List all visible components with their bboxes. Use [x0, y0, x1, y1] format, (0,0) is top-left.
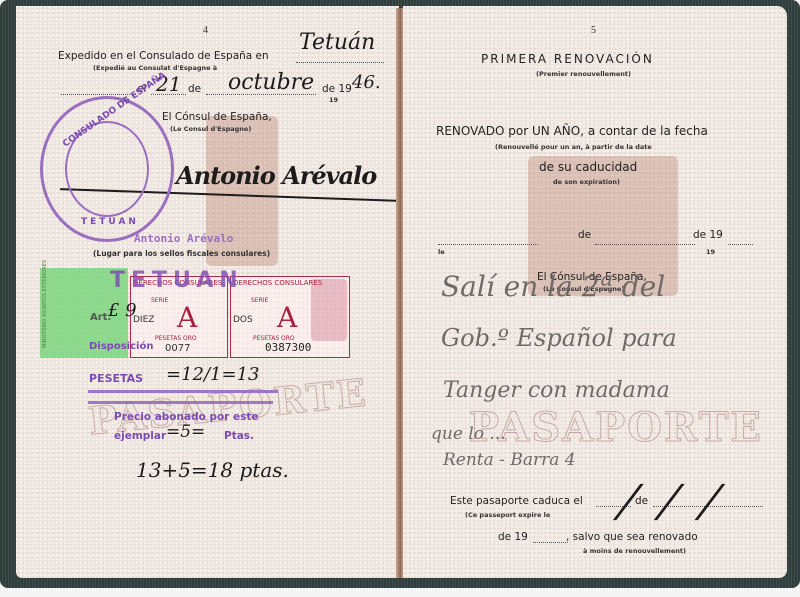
stamp-coat-of-arms: [311, 279, 347, 341]
expires-label-fr: (Ce passeport expire le: [465, 511, 550, 519]
unless-renewed-fr: à moins de renouvellement): [583, 547, 686, 555]
renewal-date-de: de: [578, 229, 591, 241]
pencil-note-line-5: Renta - Barra 4: [443, 450, 576, 470]
pesetas-amount: =12/1=13: [166, 364, 260, 385]
page-number: 4: [203, 25, 208, 36]
consul-name-stamp: Antonio Arévalo: [134, 232, 233, 245]
issued-label: Expedido en el Consulado de España en: [58, 50, 269, 62]
date-de: de: [188, 83, 201, 95]
stamp-disposicion: Disposición: [89, 341, 153, 352]
consul-label-fr: (Le Consul d'Espagne): [170, 125, 251, 133]
expires-label: Este pasaporte caduca el: [450, 495, 583, 507]
expiry-line-fr: de son expiration): [553, 178, 620, 186]
expires-year: de 19: [498, 531, 528, 543]
unless-renewed: , salvo que sea renovado: [566, 531, 698, 543]
total-handwritten: 13+5=18 ptas.: [136, 458, 289, 482]
fiscal-stamps-label: (Lugar para los sellos fiscales consular…: [93, 249, 270, 258]
renewed-line: RENOVADO por UN AÑO, a contar de la fech…: [436, 124, 708, 138]
renewed-line-fr: (Renouvellé pour un an, à partir de la d…: [495, 143, 652, 151]
issued-label-fr: (Expedié au Consulat d'Espagne à: [93, 64, 217, 72]
page-number: 5: [591, 25, 596, 36]
date-year: 46.: [352, 72, 381, 93]
pencil-note-line-3: Tanger con madama: [443, 378, 670, 403]
renewal-date-le: le: [438, 248, 445, 256]
price-value: =5=: [166, 422, 205, 442]
pesetas-label: PESETAS: [89, 372, 143, 385]
seal-text-bottom: TETUAN: [81, 217, 139, 227]
tetuan-overprint: TETUAN: [110, 268, 244, 293]
pasaporte-watermark: PASAPORTE: [469, 404, 763, 451]
price-suffix: Ptas.: [224, 430, 254, 442]
renewal-title: PRIMERA RENOVACIÓN: [481, 52, 654, 66]
purple-underline-2: [88, 401, 273, 404]
passport-page-5: PASAPORTE 5 PRIMERA RENOVACIÓN (Premier …: [403, 6, 787, 578]
pencil-note-line-2: Gob.º Español para: [441, 324, 677, 352]
renewal-date-year: de 19: [693, 229, 723, 241]
renewal-date-year-fr: 19: [706, 248, 715, 256]
consulate-seal: CONSULADO DE ESPAÑA TETUAN: [40, 96, 174, 242]
pencil-note-line-4: que lo ...: [431, 424, 506, 444]
date-month: octubre: [228, 70, 314, 95]
slash-marks: / / /: [615, 476, 730, 527]
expiry-line: de su caducidad: [539, 160, 637, 174]
pencil-note-line-1: Salí en la 2ª del: [441, 270, 665, 303]
purple-underline-1: [88, 390, 278, 393]
renewal-title-fr: (Premier renouvellement): [536, 70, 631, 78]
issued-place: Tetuán: [299, 30, 375, 55]
stamp-art-number: £ 9: [108, 300, 137, 321]
consul-signature: Antonio Arévalo: [176, 161, 376, 190]
price-line-2-prefix: ejemplar: [114, 430, 166, 442]
date-year-fr: 19: [329, 96, 338, 104]
consular-stamp-2: DERECHOS CONSULARES SERIE A DOS PESETAS …: [230, 276, 350, 358]
consul-label: El Cónsul de España,: [162, 111, 272, 123]
passport-page-4: PASAPORTE 4 Expedido en el Consulado de …: [16, 6, 399, 578]
date-year-prefix: de 19: [322, 83, 352, 95]
